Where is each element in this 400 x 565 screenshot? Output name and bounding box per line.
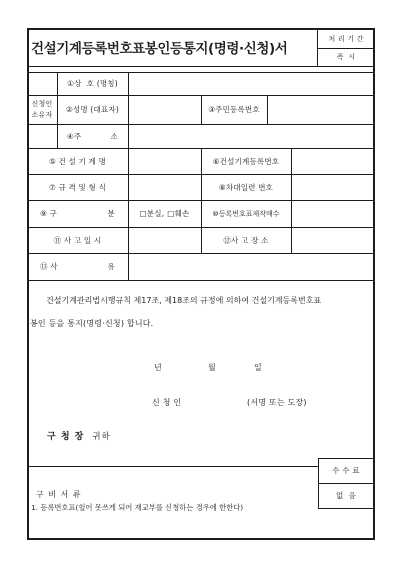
fee-label: 수 수 료 bbox=[318, 458, 374, 483]
grid-line bbox=[27, 280, 375, 281]
signer-label: 신 청 인 bbox=[152, 397, 181, 408]
address-label: ④주 소 bbox=[57, 124, 128, 148]
grid-line bbox=[318, 508, 374, 509]
reason-field[interactable] bbox=[129, 254, 374, 279]
grid-line bbox=[27, 66, 375, 67]
chassis-no-field[interactable] bbox=[292, 175, 374, 199]
chassis-no-label: ⑧차대일련 번호 bbox=[201, 174, 291, 200]
checkbox-lost[interactable]: □분실, bbox=[140, 208, 165, 219]
machine-name-label: ⑤ 건 설 기 계 명 bbox=[27, 148, 128, 174]
spec-label: ⑦ 규 격 및 형 식 bbox=[27, 174, 128, 200]
category-label-right: 분 bbox=[108, 208, 115, 219]
name-field[interactable] bbox=[129, 96, 200, 123]
fee-value: 없 음 bbox=[318, 483, 374, 508]
body-line2: 봉인 등을 통지(명령·신청) 합니다. bbox=[30, 318, 153, 329]
machine-name-field[interactable] bbox=[129, 149, 200, 173]
machine-reg-no-label: ⑥건설기계등록번호 bbox=[201, 148, 291, 174]
resident-no-label: ③주민등록번호 bbox=[201, 95, 267, 124]
page-title: 건설기계등록번호표봉인등통지(명령·신청)서 bbox=[31, 28, 315, 66]
spec-field[interactable] bbox=[129, 175, 200, 199]
required-docs-item: 1. 등록번호표(헐어 못쓰게 되어 재교부를 신청하는 경우에 한한다) bbox=[31, 503, 243, 513]
applicant-group-label: 신청인 소유자 bbox=[27, 72, 57, 148]
recipient-line: 구 청 장 귀하 bbox=[47, 429, 111, 442]
checkbox-damaged[interactable]: □훼손 bbox=[167, 208, 189, 219]
trade-name-label: ①상 호 (명칭) bbox=[57, 72, 128, 95]
recipient-title: 구 청 장 bbox=[47, 429, 84, 442]
category-label-left: ⑨ 구 bbox=[40, 208, 57, 219]
machine-reg-no-field[interactable] bbox=[292, 149, 374, 173]
category-options: □분실, □훼손 bbox=[129, 200, 200, 227]
address-label-left: ④주 bbox=[67, 131, 81, 142]
address-field[interactable] bbox=[129, 125, 374, 147]
plate-count-field[interactable] bbox=[292, 201, 374, 226]
recipient-suffix: 귀하 bbox=[92, 430, 110, 442]
required-docs-title: 구 비 서 류 bbox=[36, 489, 82, 500]
reason-label: ⑬ 사 유 bbox=[27, 253, 128, 280]
signature-note: (서명 또는 도장) bbox=[247, 397, 307, 408]
address-label-right: 소 bbox=[111, 131, 118, 142]
accident-place-label: ⑫사 고 장 소 bbox=[201, 227, 291, 253]
name-label: ②성명 (대표자) bbox=[57, 95, 128, 124]
applicant-group-line1: 신청인 bbox=[32, 99, 53, 110]
reason-label-right: 유 bbox=[108, 261, 115, 272]
reason-label-left: ⑬ 사 bbox=[40, 261, 58, 272]
trade-name-field[interactable] bbox=[129, 73, 374, 94]
accident-place-field[interactable] bbox=[292, 228, 374, 252]
applicant-group-line2: 소유자 bbox=[32, 110, 53, 121]
accident-date-label: ⑪ 사 고 일 시 bbox=[27, 227, 128, 253]
accident-date-field[interactable] bbox=[129, 228, 200, 252]
date-day-label: 일 bbox=[254, 362, 262, 373]
grid-line bbox=[27, 466, 318, 467]
date-month-label: 월 bbox=[208, 362, 216, 373]
category-label: ⑨ 구 분 bbox=[27, 200, 128, 227]
processing-period-value: 즉 시 bbox=[317, 48, 375, 66]
body-line1: 건설기계관리법시행규칙 제17조, 제18조의 규정에 의하여 건설기계등록번호… bbox=[46, 295, 371, 306]
date-year-label: 년 bbox=[154, 362, 162, 373]
form-page: 건설기계등록번호표봉인등통지(명령·신청)서 처 리 기 간 즉 시 신청인 소… bbox=[0, 0, 400, 565]
processing-period-label: 처 리 기 간 bbox=[317, 29, 375, 48]
plate-count-label: ⑩등록번호표제작매수 bbox=[201, 200, 291, 227]
resident-no-field[interactable] bbox=[268, 96, 374, 123]
